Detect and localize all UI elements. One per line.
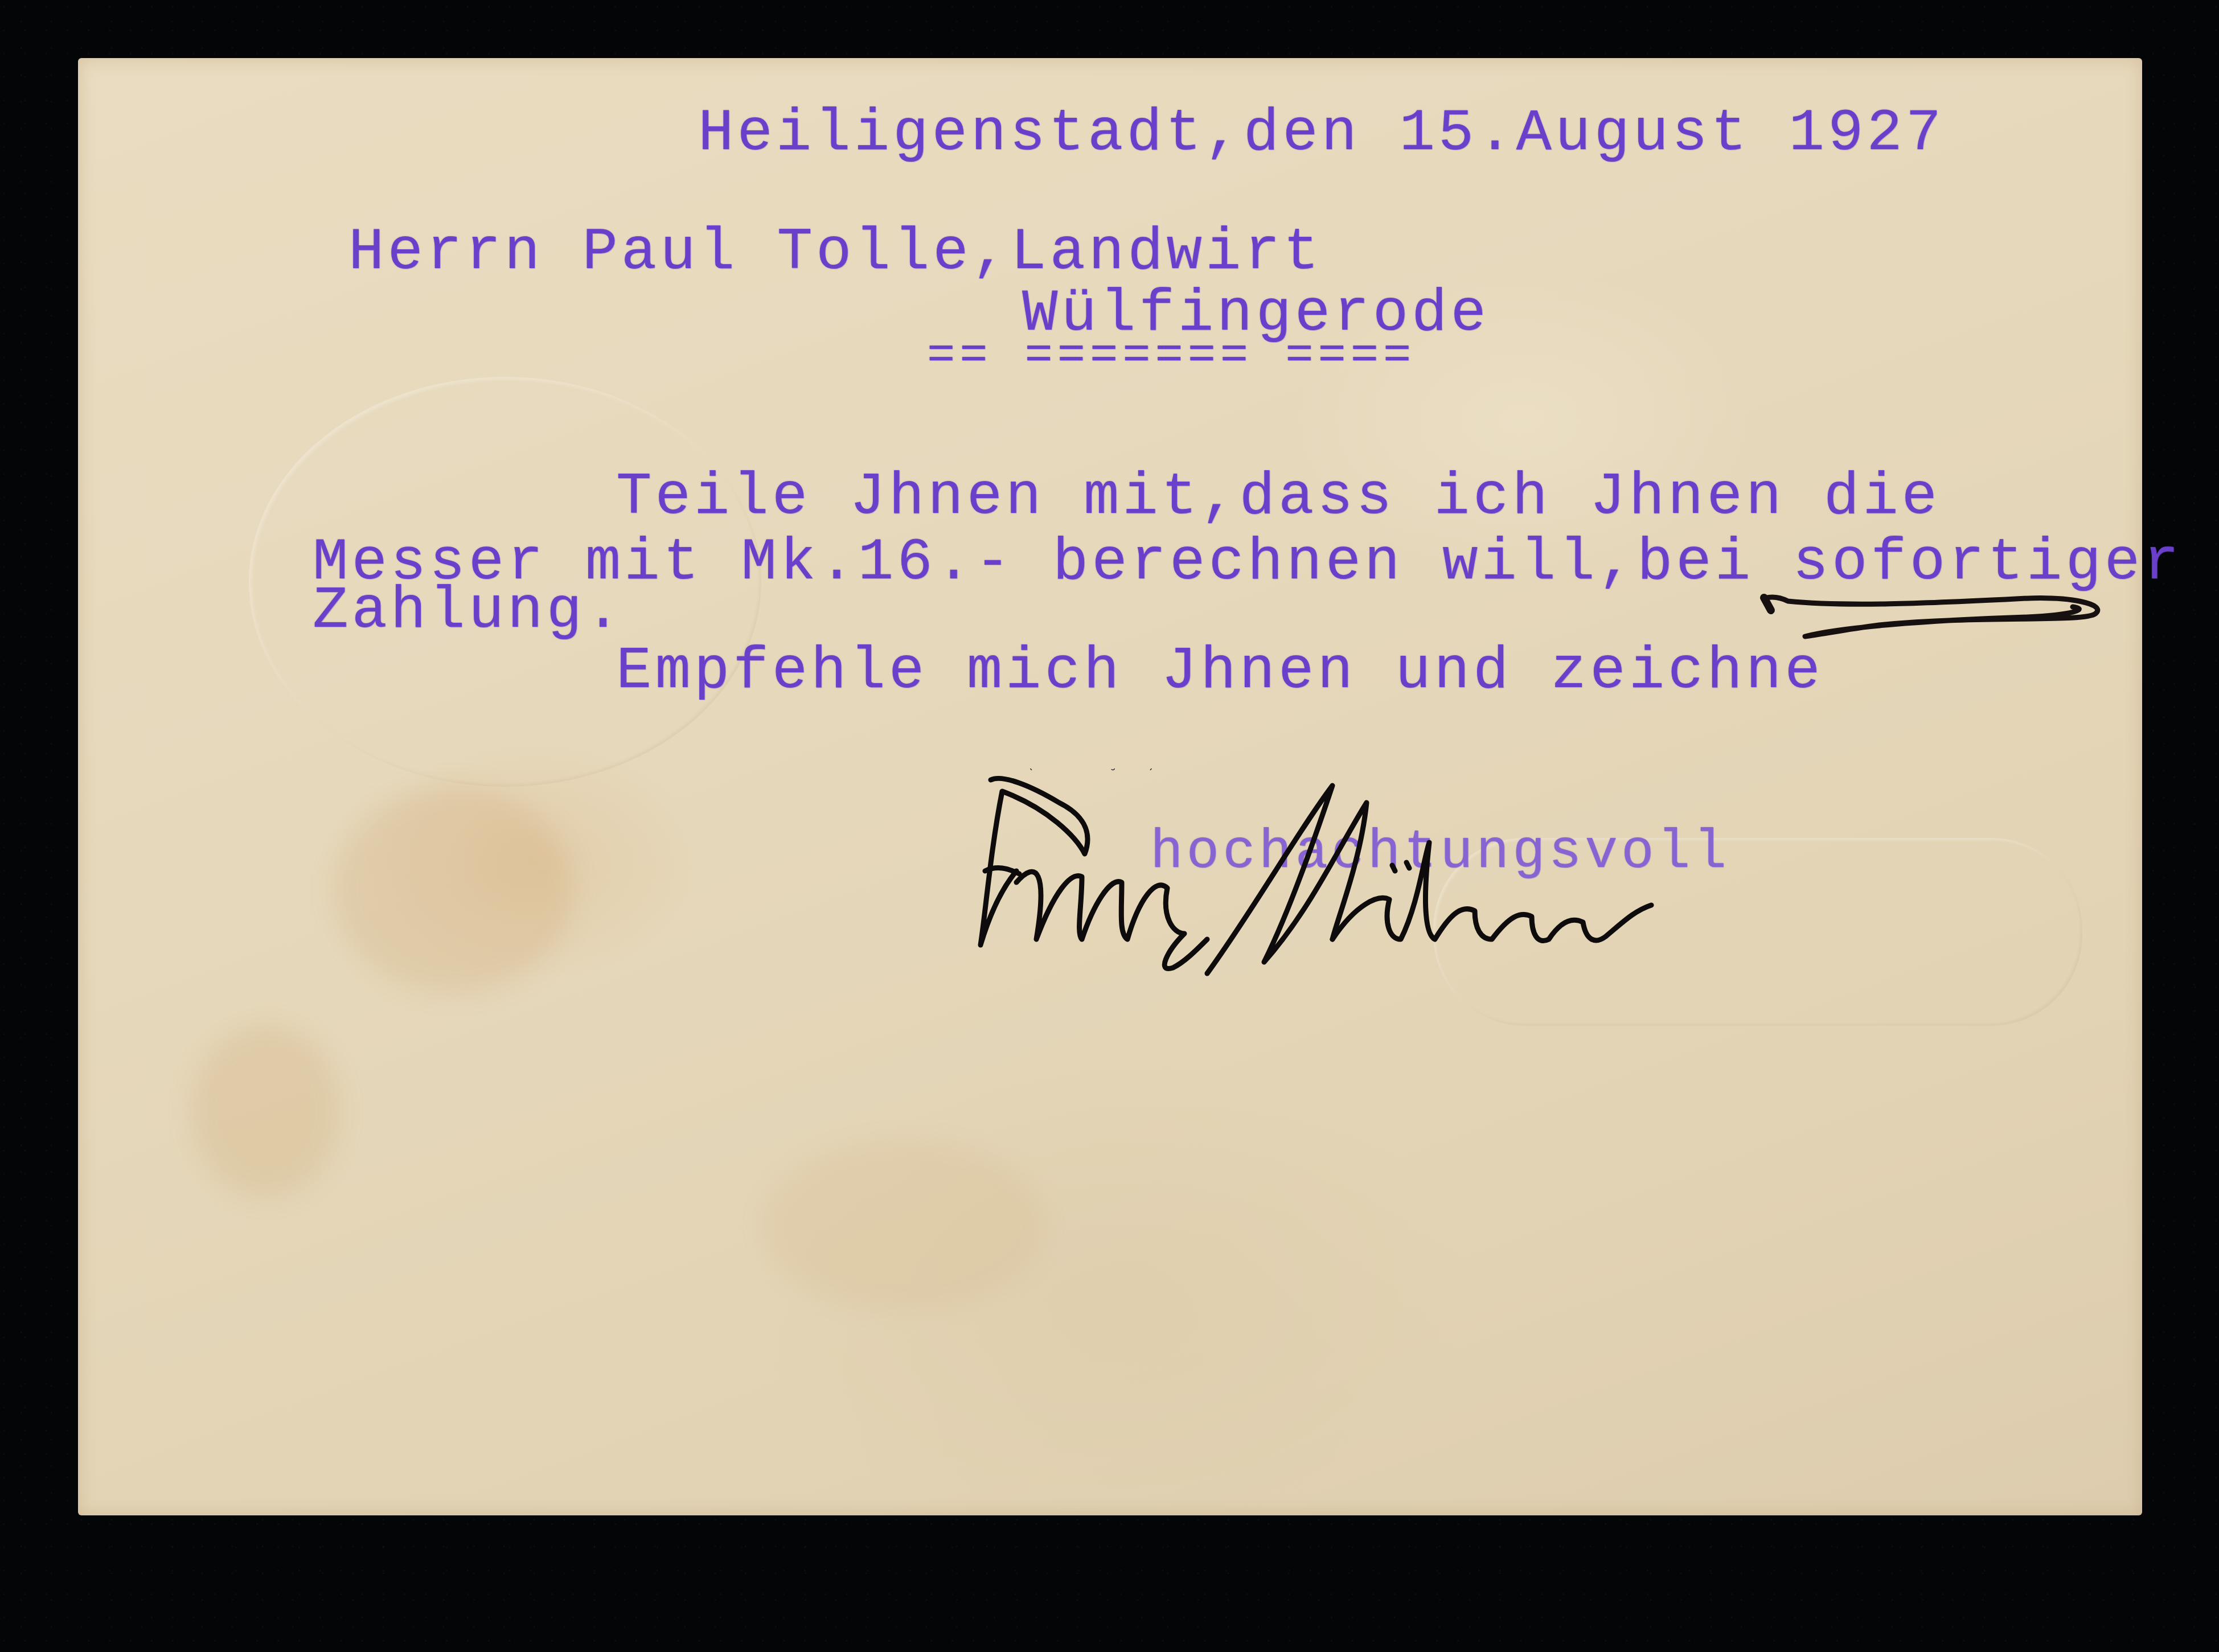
- signature-transcription: Franz Kühn (handwritten signature): [968, 769, 1154, 771]
- recipient-name-line: Herrn Paul Tolle,Landwirt: [348, 223, 1322, 282]
- handwritten-signature: Franz Kühn (handwritten signature): [968, 769, 2135, 1025]
- handwritten-underline-mark: [1754, 592, 2107, 643]
- age-stain: [192, 1026, 340, 1197]
- dateline: Heiligenstadt,den 15.August 1927: [698, 104, 1945, 163]
- body-line-4: Empfehle mich Jhnen und zeichne: [616, 642, 1824, 701]
- age-stain: [761, 1140, 1046, 1310]
- age-stain: [334, 787, 573, 992]
- body-line-3: Zahlung.: [313, 582, 624, 641]
- body-line-1: Teile Jhnen mit,dass ich Jhnen die: [616, 468, 1941, 527]
- recipient-double-underline: == ======= ====: [927, 333, 1416, 380]
